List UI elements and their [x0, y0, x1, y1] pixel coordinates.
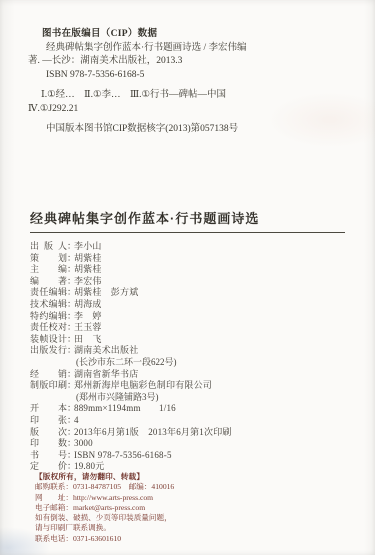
notice-heading: 【版权所有，请勿翻印、转载】: [35, 472, 255, 482]
colophon-colon: ：: [67, 264, 74, 276]
colophon-label: 开本: [30, 403, 67, 415]
notice-line: 网 址：http://www.arts-press.com: [35, 493, 255, 503]
colophon-colon: ：: [67, 253, 74, 265]
colophon-colon: ：: [67, 345, 74, 357]
colophon-value: 王玉蓉: [74, 322, 102, 332]
colophon-colon: ：: [67, 450, 74, 462]
colophon-row: 装帧设计：田 飞: [30, 334, 360, 346]
copyright-page: 图书在版编目（CIP）数据 经典碑帖集字创作蓝本·行书题画诗选 / 李宏伟编著.…: [0, 0, 375, 555]
colophon-row: 策划：胡紫桂: [30, 253, 360, 265]
colophon-value: 胡紫桂: [74, 253, 102, 263]
cip-line: 中国版本图书馆CIP数据核字(2013)第057138号: [46, 123, 348, 137]
colophon-row: 经销：湖南省新华书店: [30, 369, 360, 381]
notice-line: 邮购联系：0731-84787105 邮编：410016: [35, 482, 255, 492]
colophon-colon: ：: [67, 334, 74, 346]
notice-line: 电子邮箱：market@arts-press.com: [35, 503, 255, 513]
colophon-row: 出版发行：湖南美术出版社: [30, 345, 360, 357]
title-divider: [30, 232, 345, 233]
colophon-row: 责任校对：王玉蓉: [30, 322, 360, 334]
colophon-colon: ：: [67, 299, 74, 311]
colophon-value: 2013年6月第1版 2013年6月第1次印刷: [74, 427, 232, 437]
colophon-colon: ：: [67, 241, 74, 253]
colophon-value: 李宏伟: [74, 276, 102, 286]
colophon-label: 制版印刷: [30, 380, 67, 392]
colophon-colon: ：: [67, 311, 74, 323]
book-title: 经典碑帖集字创作蓝本·行书题画诗选: [30, 208, 346, 227]
colophon-list: 出版人：李小山策划：胡紫桂主编：胡紫桂编著：李宏伟责任编辑：胡紫桂 彭方斌技术编…: [30, 241, 360, 473]
colophon-continuation: (郑州市兴隆铺路3号): [76, 392, 360, 404]
colophon-colon: ：: [67, 287, 74, 299]
cip-line: 著. —长沙：湖南美术出版社，2013.3: [28, 55, 348, 69]
colophon-value: 胡紫桂 彭方斌: [74, 287, 138, 297]
cip-line: 经典碑帖集字创作蓝本·行书题画诗选 / 李宏伟编: [46, 42, 348, 56]
colophon-label: 责任校对: [30, 322, 67, 334]
cip-line: Ⅰ.①经… Ⅱ.①李… Ⅲ.①行书—碑帖—中国: [41, 89, 348, 103]
colophon-row: 编著：李宏伟: [30, 276, 360, 288]
cip-line: Ⅳ.①J292.21: [28, 103, 348, 117]
colophon-row: 出版人：李小山: [30, 241, 360, 253]
colophon-row: 印数：3000: [30, 438, 360, 450]
colophon-value: 李小山: [74, 241, 102, 251]
colophon-value: 3000: [74, 438, 93, 448]
colophon-value: 田 飞: [74, 334, 102, 344]
colophon-value: ISBN 978-7-5356-6168-5: [74, 450, 172, 460]
colophon-label: 印数: [30, 438, 67, 450]
colophon-label: 编著: [30, 276, 67, 288]
notice-line: 如有倒装、破损、少页等印装质量问题，: [35, 513, 255, 523]
colophon-row: 版次：2013年6月第1版 2013年6月第1次印刷: [30, 427, 360, 439]
colophon-value: 郑州新海岸电脑彩色制印有限公司: [74, 380, 212, 390]
colophon-colon: ：: [67, 322, 74, 334]
colophon-value: 889mm×1194mm 1/16: [74, 403, 176, 413]
colophon-colon: ：: [67, 415, 74, 427]
colophon-row: 制版印刷：郑州新海岸电脑彩色制印有限公司: [30, 380, 360, 392]
colophon-colon: ：: [67, 276, 74, 288]
notice-line: 请与印刷厂联系调换。: [35, 523, 255, 533]
colophon-label: 版次: [30, 427, 67, 439]
colophon-value: 19.80元: [74, 461, 104, 471]
colophon-row: 技术编辑：胡海成: [30, 299, 360, 311]
colophon-value: 胡紫桂: [74, 264, 102, 274]
cip-lines: 经典碑帖集字创作蓝本·行书题画诗选 / 李宏伟编著. —长沙：湖南美术出版社，2…: [28, 42, 348, 137]
colophon-continuation: (长沙市东二环一段622号): [76, 357, 360, 369]
colophon-label: 经销: [30, 369, 67, 381]
colophon-label: 印张: [30, 415, 67, 427]
colophon-label: 出版发行: [30, 345, 67, 357]
colophon-label: 技术编辑: [30, 299, 67, 311]
notice-line: 联系电话：0371-63601610: [35, 534, 255, 544]
colophon-row: 开本：889mm×1194mm 1/16: [30, 403, 360, 415]
book-title-block: 经典碑帖集字创作蓝本·行书题画诗选: [30, 208, 346, 233]
colophon-value: 胡海成: [74, 299, 102, 309]
colophon-row: 印张：4: [30, 415, 360, 427]
colophon-label: 策划: [30, 253, 67, 265]
colophon-label: 装帧设计: [30, 334, 67, 346]
colophon-label: 责任编辑: [30, 287, 67, 299]
colophon-value: 4: [74, 415, 79, 425]
colophon-label: 出版人: [30, 241, 67, 253]
colophon-label: 特约编辑: [30, 311, 67, 323]
notice-block: 【版权所有，请勿翻印、转载】 邮购联系：0731-84787105 邮编：410…: [35, 472, 255, 544]
colophon-row: 责任编辑：胡紫桂 彭方斌: [30, 287, 360, 299]
colophon-row: 主编：胡紫桂: [30, 264, 360, 276]
colophon-colon: ：: [67, 380, 74, 392]
cip-line: ISBN 978-7-5356-6168-5: [46, 69, 348, 83]
colophon-label: 书号: [30, 450, 67, 462]
cip-block: 图书在版编目（CIP）数据 经典碑帖集字创作蓝本·行书题画诗选 / 李宏伟编著.…: [28, 28, 348, 137]
cip-heading: 图书在版编目（CIP）数据: [42, 28, 348, 42]
colophon-colon: ：: [67, 369, 74, 381]
colophon-row: 特约编辑：李 婷: [30, 311, 360, 323]
colophon-colon: ：: [67, 438, 74, 450]
colophon-colon: ：: [67, 427, 74, 439]
colophon-value: 湖南美术出版社: [74, 345, 138, 355]
notice-lines: 邮购联系：0731-84787105 邮编：410016网 址：http://w…: [35, 482, 255, 544]
colophon-value: 李 婷: [74, 311, 102, 321]
colophon-label: 主编: [30, 264, 67, 276]
colophon-row: 书号：ISBN 978-7-5356-6168-5: [30, 450, 360, 462]
colophon-value: 湖南省新华书店: [74, 369, 138, 379]
colophon-colon: ：: [67, 403, 74, 415]
